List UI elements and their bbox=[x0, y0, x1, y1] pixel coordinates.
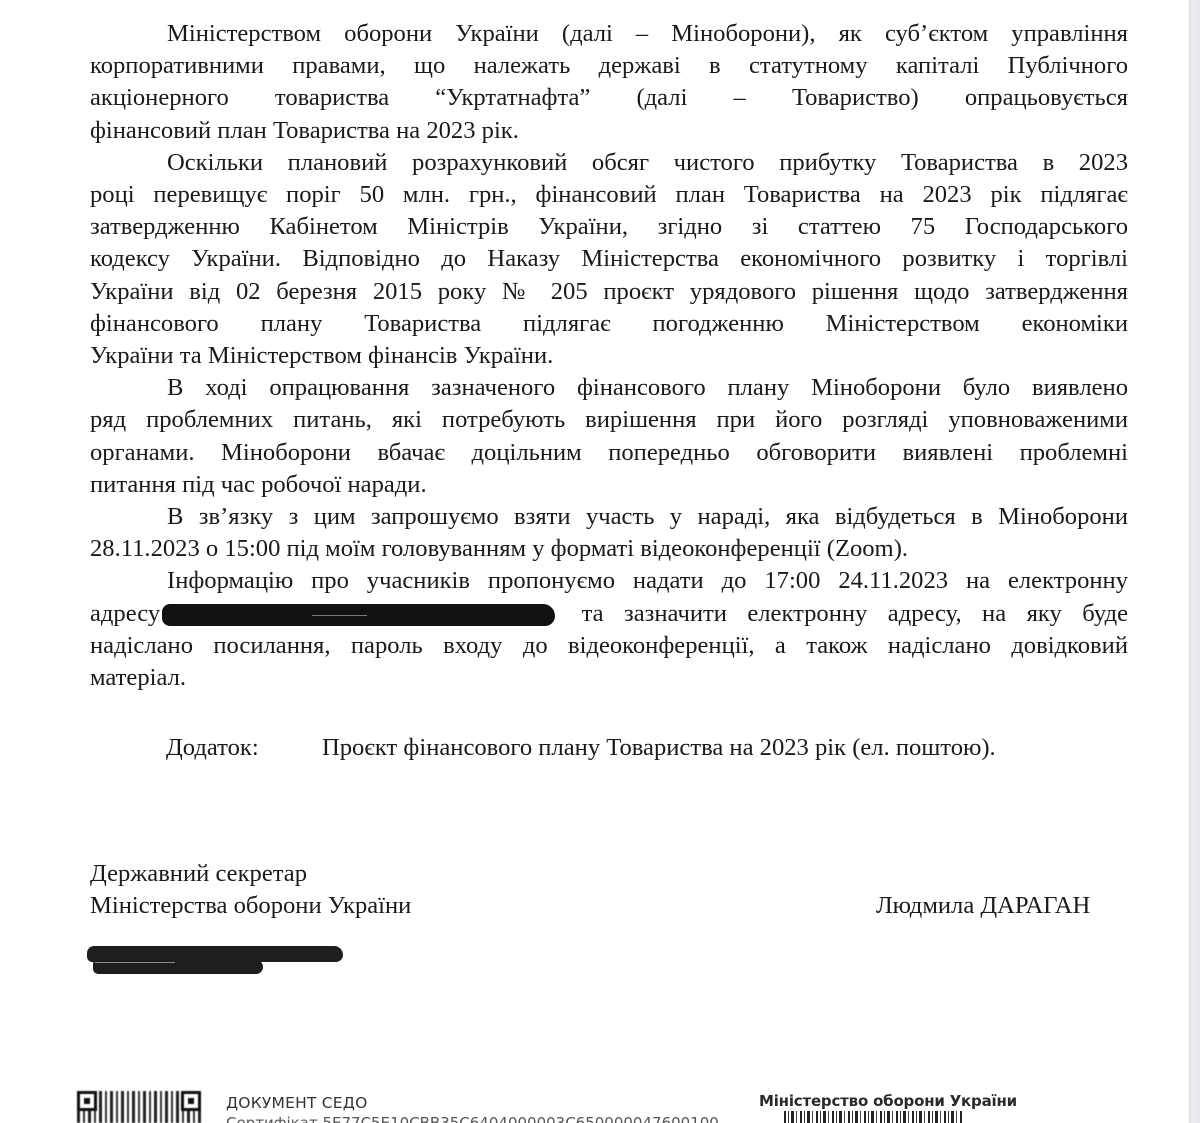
text-line: ряд проблемних питань, які потребують ви… bbox=[90, 404, 1128, 436]
barcode-icon bbox=[784, 1111, 964, 1123]
attachment-text: Проєкт фінансового плану Товариства на 2… bbox=[322, 734, 996, 761]
text-line: В зв’язку з цим запрошуємо взяти участь … bbox=[90, 501, 1128, 533]
text-line: затвердженню Кабінетом Міністрів України… bbox=[90, 211, 1128, 243]
paragraph-contact: Інформацію про учасників пропонуємо нада… bbox=[90, 565, 1128, 694]
scrollbar-track[interactable] bbox=[1189, 0, 1200, 1123]
text-line-with-redaction: адресу та зазначити електронну адресу, н… bbox=[90, 598, 1128, 630]
text-line: питання під час робочої наради. bbox=[90, 469, 1128, 501]
text-line: кодексу України. Відповідно до Наказу Мі… bbox=[90, 243, 1128, 275]
redaction-bar bbox=[93, 960, 263, 974]
position-line-1: Державний секретар bbox=[90, 858, 411, 890]
qr-finder bbox=[181, 1091, 201, 1111]
text-line: корпоративними правами, що належать держ… bbox=[90, 50, 1128, 82]
document-page: Міністерством оборони України (далі – Мі… bbox=[0, 0, 1189, 1123]
paragraph-1: Міністерством оборони України (далі – Мі… bbox=[90, 18, 1128, 147]
letter-body: Міністерством оборони України (далі – Мі… bbox=[90, 18, 1128, 694]
text-line: фінансового плану Товариства підлягає по… bbox=[90, 308, 1128, 340]
redacted-email bbox=[162, 604, 555, 626]
ministry-label: Міністерство оборони України bbox=[759, 1092, 1017, 1110]
text-line: органами. Міноборони вбачає доцільним по… bbox=[90, 437, 1128, 469]
paragraph-2: Оскільки плановий розрахунковий обсяг чи… bbox=[90, 147, 1128, 372]
sedo-document-label: ДОКУМЕНТ СЕДО bbox=[226, 1094, 368, 1112]
attachment-label: Додаток: bbox=[166, 732, 322, 764]
text-line: України та Міністерством фінансів Україн… bbox=[90, 340, 1128, 372]
position-line-2: Міністерства оборони України bbox=[90, 890, 411, 922]
text-line: Міністерством оборони України (далі – Мі… bbox=[90, 18, 1128, 50]
attachment-line: Додаток:Проєкт фінансового плану Товарис… bbox=[166, 732, 996, 764]
sedo-certificate-number: Сертифікат 5Е77С5Е10СВВ35С6404000003С650… bbox=[226, 1116, 719, 1123]
text-line: України від 02 березня 2015 року № 205 п… bbox=[90, 276, 1128, 308]
signatory-name: Людмила ДАРАГАН bbox=[876, 890, 1090, 922]
document-footer: ДОКУМЕНТ СЕДО Сертифікат 5Е77С5Е10СВВ35С… bbox=[0, 1080, 1189, 1123]
redacted-executor bbox=[87, 946, 343, 974]
text-line: В ході опрацювання зазначеного фінансово… bbox=[90, 372, 1128, 404]
qr-code-icon bbox=[77, 1091, 201, 1123]
text-line: Оскільки плановий розрахунковий обсяг чи… bbox=[90, 147, 1128, 179]
paragraph-3: В ході опрацювання зазначеного фінансово… bbox=[90, 372, 1128, 501]
text-line: році перевищує поріг 50 млн. грн., фінан… bbox=[90, 179, 1128, 211]
text-line: фінансовий план Товариства на 2023 рік. bbox=[90, 115, 1128, 147]
qr-finder bbox=[77, 1091, 97, 1111]
text-line: надіслано посилання, пароль входу до від… bbox=[90, 630, 1128, 662]
text-line: 28.11.2023 о 15:00 під моїм головуванням… bbox=[90, 533, 1128, 565]
paragraph-4: В зв’язку з цим запрошуємо взяти участь … bbox=[90, 501, 1128, 565]
text-line: акціонерного товариства “Укртатнафта” (д… bbox=[90, 82, 1128, 114]
address-label: адресу bbox=[90, 600, 160, 627]
text-fragment: та зазначити електронну адресу, на яку б… bbox=[582, 600, 1128, 627]
text-line: Інформацію про учасників пропонуємо нада… bbox=[90, 565, 1128, 597]
signatory-position: Державний секретар Міністерства оборони … bbox=[90, 858, 411, 922]
text-line: матеріал. bbox=[90, 662, 1128, 694]
